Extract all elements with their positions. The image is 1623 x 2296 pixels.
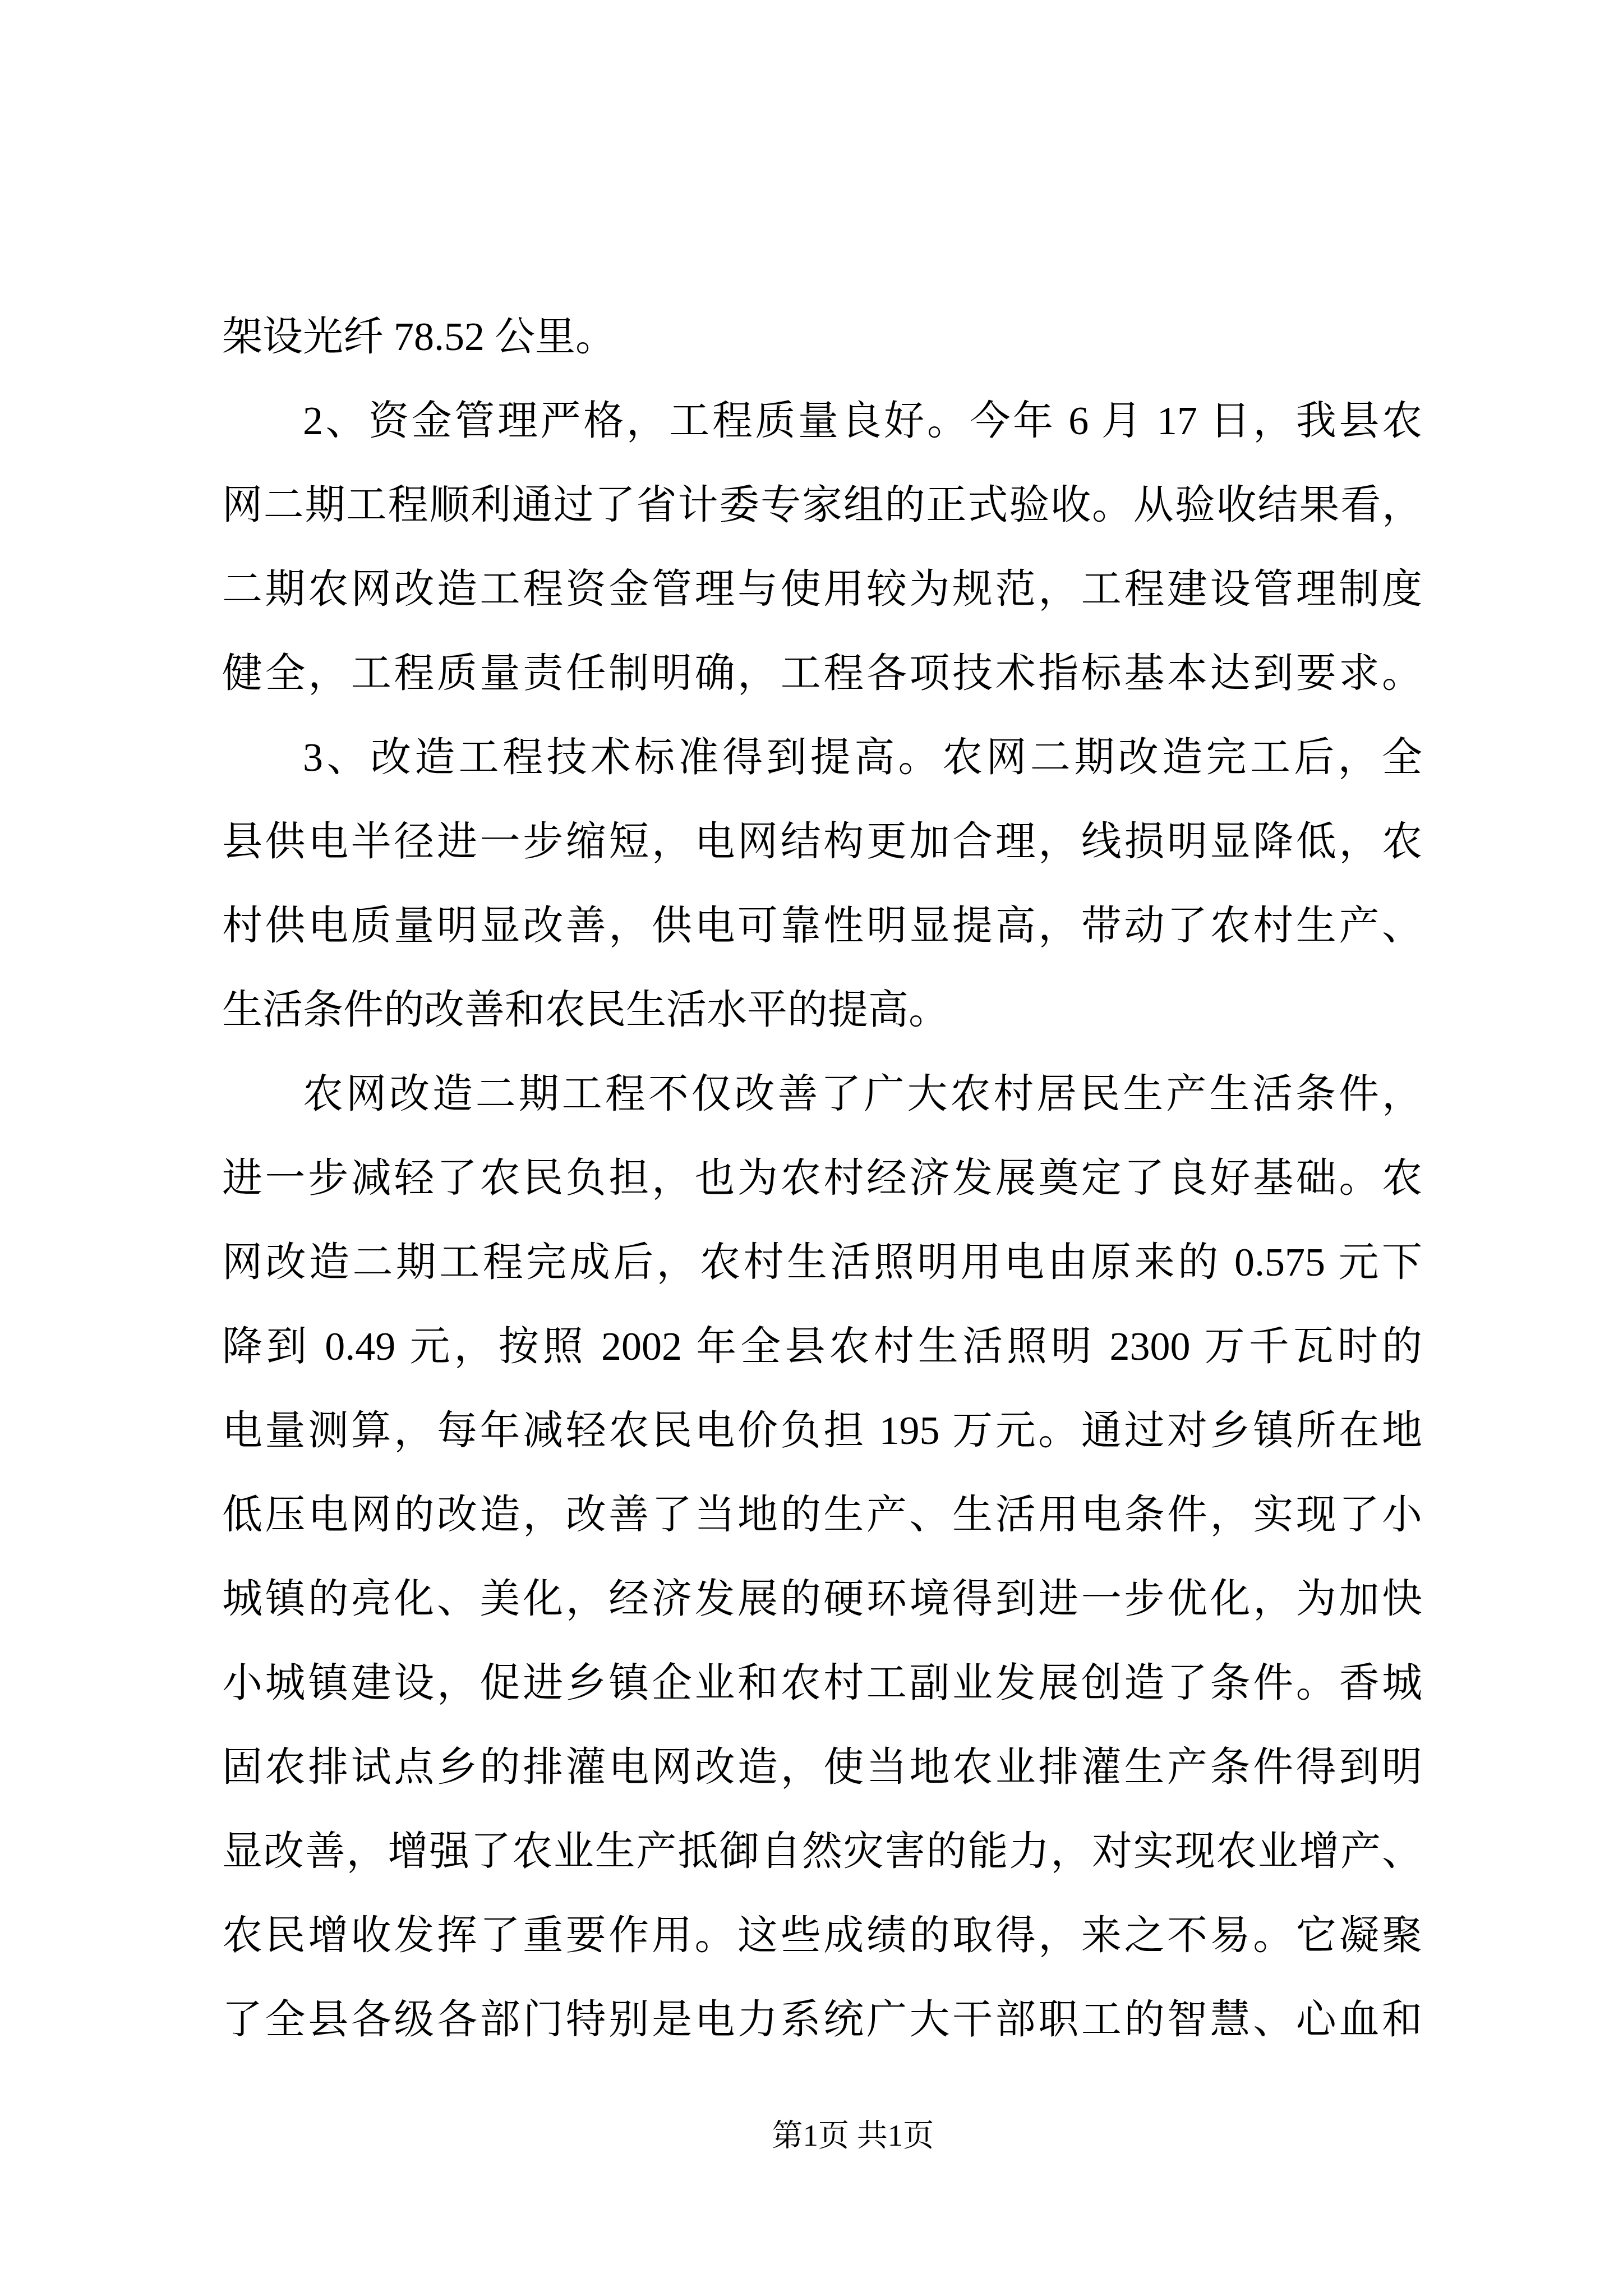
text-line: 2、资金管理严格，工程质量良好。今年 6 月 17 日，我县农 bbox=[222, 379, 1422, 463]
text-line: 低压电网的改造，改善了当地的生产、生活用电条件，实现了小 bbox=[222, 1473, 1422, 1557]
text-line: 农民增收发挥了重要作用。这些成绩的取得，来之不易。它凝聚 bbox=[222, 1893, 1422, 1977]
text-line: 电量测算，每年减轻农民电价负担 195 万元。通过对乡镇所在地 bbox=[222, 1388, 1422, 1473]
text-line: 生活条件的改善和农民生活水平的提高。 bbox=[222, 968, 1422, 1052]
text-line: 村供电质量明显改善，供电可靠性明显提高，带动了农村生产、 bbox=[222, 884, 1422, 968]
text-line: 了全县各级各部门特别是电力系统广大干部职工的智慧、心血和 bbox=[222, 1977, 1422, 2062]
text-line: 二期农网改造工程资金管理与使用较为规范，工程建设管理制度 bbox=[222, 547, 1422, 631]
page-footer: 第1页 共1页 bbox=[772, 2116, 934, 2155]
text-line: 进一步减轻了农民负担，也为农村经济发展奠定了良好基础。农 bbox=[222, 1136, 1422, 1220]
text-line: 3、改造工程技术标准得到提高。农网二期改造完工后，全 bbox=[222, 715, 1422, 799]
text-line: 小城镇建设，促进乡镇企业和农村工副业发展创造了条件。香城 bbox=[222, 1641, 1422, 1725]
page-number-label: 第1页 共1页 bbox=[772, 2118, 934, 2152]
text-line: 城镇的亮化、美化，经济发展的硬环境得到进一步优化，为加快 bbox=[222, 1557, 1422, 1641]
text-line: 网二期工程顺利通过了省计委专家组的正式验收。从验收结果看， bbox=[222, 463, 1422, 547]
text-line: 健全，工程质量责任制明确，工程各项技术指标基本达到要求。 bbox=[222, 631, 1422, 715]
text-line: 架设光纤 78.52 公里。 bbox=[222, 295, 1422, 379]
text-line: 县供电半径进一步缩短，电网结构更加合理，线损明显降低，农 bbox=[222, 799, 1422, 884]
document-body: 架设光纤 78.52 公里。 2、资金管理严格，工程质量良好。今年 6 月 17… bbox=[222, 295, 1422, 2062]
text-line: 固农排试点乡的排灌电网改造，使当地农业排灌生产条件得到明 bbox=[222, 1725, 1422, 1809]
document-page: 架设光纤 78.52 公里。 2、资金管理严格，工程质量良好。今年 6 月 17… bbox=[0, 0, 1623, 2296]
text-line: 农网改造二期工程不仅改善了广大农村居民生产生活条件， bbox=[222, 1052, 1422, 1136]
text-line: 显改善，增强了农业生产抵御自然灾害的能力，对实现农业增产、 bbox=[222, 1809, 1422, 1893]
text-line: 网改造二期工程完成后，农村生活照明用电由原来的 0.575 元下 bbox=[222, 1220, 1422, 1304]
text-line: 降到 0.49 元，按照 2002 年全县农村生活照明 2300 万千瓦时的 bbox=[222, 1304, 1422, 1388]
